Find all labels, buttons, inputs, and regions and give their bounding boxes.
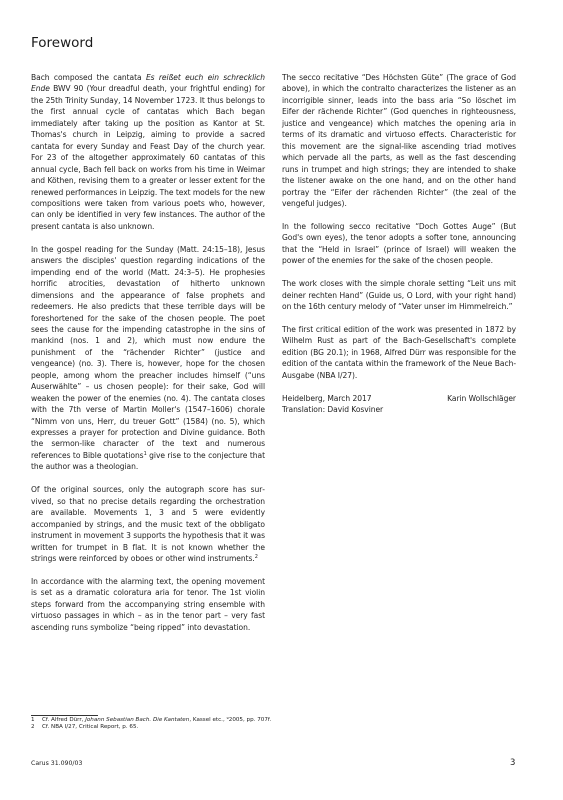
paragraph-chorale: The work closes with the simple chorale …: [282, 278, 516, 312]
text: Bach composed the cantata: [31, 73, 146, 82]
footnote-2: 2 Cf. NBA I/27, Critical Report, p. 65.: [31, 724, 291, 731]
book-title: Johann Sebastian Bach. Die Kantaten: [85, 717, 189, 723]
paragraph-tenor-recitative: In the following secco recitative “Doch …: [282, 221, 516, 267]
footnote-number: 2: [31, 724, 42, 731]
footnote-1: 1 Cf. Alfred Dürr, Johann Sebastian Bach…: [31, 717, 291, 724]
paragraph-opening-movement: In accordance with the alarming text, th…: [31, 576, 265, 633]
paragraph-recitative-aria: The secco recitative “Des Höchsten Güte”…: [282, 72, 516, 209]
text: Cf. Alfred Dürr,: [42, 717, 85, 723]
text: , Kassel etc., ⁹2005, pp. 707f.: [189, 717, 271, 723]
paragraph-sources: Of the original sources, only the autogr…: [31, 484, 265, 564]
page-title: Foreword: [31, 35, 93, 51]
footnote-number: 1: [31, 717, 42, 724]
footnotes: 1 Cf. Alfred Dürr, Johann Sebastian Bach…: [31, 717, 291, 731]
footnote-divider: [31, 715, 98, 716]
page-number: 3: [510, 758, 515, 768]
text: BWV 90 (Your dreadful death, your fright…: [31, 84, 265, 230]
signature-line: Heidelberg, March 2017 Karin Wollschläge…: [282, 393, 516, 404]
left-column: Bach composed the cantata Es reißet euch…: [31, 72, 265, 645]
translator-credit: Translation: David Kosviner: [282, 404, 516, 415]
paragraph-edition: The first critical edition of the work w…: [282, 324, 516, 381]
text: Of the original sources, only the autogr…: [31, 485, 265, 563]
footnote-ref-2[interactable]: 2: [255, 554, 258, 560]
paragraph-gospel: In the gospel reading for the Sunday (Ma…: [31, 244, 265, 473]
text: In the gospel reading for the Sunday (Ma…: [31, 245, 265, 460]
place-date: Heidelberg, March 2017: [282, 393, 371, 404]
right-column: The secco recitative “Des Höchsten Güte”…: [282, 72, 516, 416]
paragraph-intro: Bach composed the cantata Es reißet euch…: [31, 72, 265, 232]
author-name: Karin Wollschläger: [447, 393, 516, 404]
catalog-number: Carus 31.090/03: [31, 760, 82, 767]
footnote-text: Cf. Alfred Dürr, Johann Sebastian Bach. …: [42, 717, 271, 724]
footnote-text: Cf. NBA I/27, Critical Report, p. 65.: [42, 724, 138, 731]
